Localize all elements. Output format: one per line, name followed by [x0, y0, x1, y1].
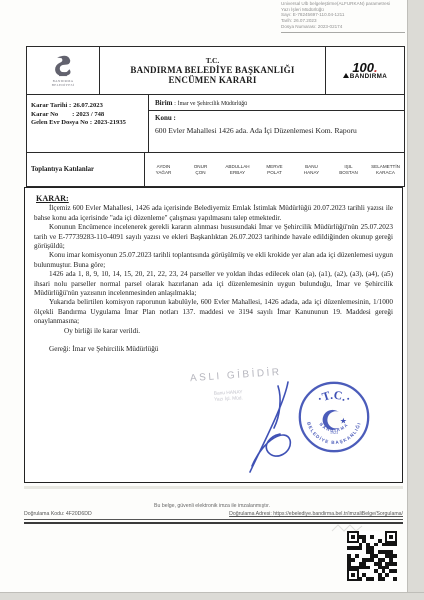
centennial-logo: 100. BANDIRMA: [326, 47, 404, 94]
logo-caption: BANDIRMA BELEDİYESİ: [52, 79, 75, 87]
title-decision-type: ENCÜMEN KARARI: [168, 75, 256, 85]
verification-url: Doğrulama Adresi: https://ebelediye.band…: [229, 511, 403, 517]
header-row-info: Karar Tarihi : 26.07.2023 Karar No : 202…: [27, 95, 404, 153]
decision-paragraph: Konunun Encümence incelenerek gerekli ka…: [34, 223, 393, 251]
verification-code: Doğrulama Kodu: 4F20D6DD: [24, 511, 92, 517]
attendee: MERVEPOLAT: [256, 164, 293, 175]
header-row-attendees: Toplantıya Katılanlar AYDINYAĞAR ONURÇON…: [27, 153, 404, 186]
decision-paragraph: Konu imar komisyonun 25.07.2023 tarihli …: [34, 251, 393, 270]
decision-paragraph: Yukarıda belirtilen komisyon raporunun k…: [34, 298, 393, 326]
attendee: ONURÇON: [182, 164, 219, 175]
qr-finder-icon: [347, 531, 359, 543]
esign-note: Bu belge, güvenli elektronik imza ile im…: [0, 503, 424, 509]
decision-heading: KARAR:: [36, 194, 393, 203]
svg-text:·T.C.·: ·T.C.·: [314, 388, 353, 406]
scan-edge-right: [407, 0, 424, 600]
decision-paragraph: 1426 ada 1, 8, 9, 10, 14, 15, 20, 21, 22…: [34, 270, 393, 298]
attendees-label: Toplantıya Katılanlar: [27, 153, 145, 186]
verification-row: Doğrulama Kodu: 4F20D6DD Doğrulama Adres…: [24, 511, 403, 520]
unit-row: Birim : İmar ve Şehircilik Müdürlüğü: [149, 95, 404, 111]
meta-line: Dosya Numarası: 2023-02174: [281, 24, 405, 30]
attendee: AYDINYAĞAR: [145, 164, 182, 175]
title-tc: T.C.: [206, 56, 220, 65]
triangle-icon: [343, 73, 349, 78]
meta-line: Universal Ulb belgeleştirme(ALFURKAN) pa…: [281, 1, 405, 7]
attendee: IŞILBOSTAN: [330, 164, 367, 175]
decision-geregi: Gereği: İmar ve Şehircilik Müdürlüğü: [34, 345, 393, 354]
qr-finder-icon: [347, 569, 359, 581]
official-seal-icon: ·T.C.· ★ 1923 BELEDİYE BAŞKANLIĞI BANDIR…: [296, 379, 372, 455]
document-title: T.C. BANDIRMA BELEDİYE BAŞKANLIĞI ENCÜME…: [100, 47, 326, 94]
decision-date: Karar Tarihi : 26.07.2023: [31, 102, 144, 111]
municipality-logo: BANDIRMA BELEDİYESİ: [27, 47, 100, 94]
seal-tc-text: ·T.C.·: [314, 388, 353, 406]
decision-verdict: Oy birliği ile karar verildi.: [34, 327, 393, 336]
centennial-100-icon: 100.: [352, 62, 377, 73]
title-municipality: BANDIRMA BELEDİYE BAŞKANLIĞI: [130, 65, 294, 75]
attendee: BANUHANAY: [293, 164, 330, 175]
subject-value: 600 Evler Mahallesi 1426 ada. Ada İçi Dü…: [155, 126, 398, 135]
esign-meta-block: Universal Ulb belgeleştirme(ALFURKAN) pa…: [281, 1, 405, 33]
attendees-list: AYDINYAĞAR ONURÇON ABDULLAHERBAY MERVEPO…: [145, 153, 404, 186]
unit-subject-cell: Birim : İmar ve Şehircilik Müdürlüğü Kon…: [149, 95, 404, 152]
scan-artifact-band: [24, 486, 403, 489]
qr-code: [347, 531, 397, 581]
decision-paragraph: İlçemiz 600 Evler Mahallesi, 1426 ada iç…: [34, 204, 393, 223]
attendee: SELAMETTİNKARACA: [367, 164, 404, 175]
scan-edge-bottom: [0, 592, 424, 600]
scanned-document-page: Universal Ulb belgeleştirme(ALFURKAN) pa…: [0, 0, 424, 600]
header-row-title: BANDIRMA BELEDİYESİ T.C. BANDIRMA BELEDİ…: [27, 47, 404, 95]
attendee: ABDULLAHERBAY: [219, 164, 256, 175]
incoming-file-number: Gelen Evr Dosya No : 2023-21935: [31, 119, 144, 128]
bird-logo-icon: [50, 54, 76, 78]
decision-info-cell: Karar Tarihi : 26.07.2023 Karar No : 202…: [27, 95, 149, 152]
subject-row: Konu : 600 Evler Mahallesi 1426 ada. Ada…: [149, 111, 404, 152]
decision-number: Karar No : 2023 / 748: [31, 111, 144, 120]
header-table: BANDIRMA BELEDİYESİ T.C. BANDIRMA BELEDİ…: [26, 46, 405, 187]
qr-finder-icon: [385, 531, 397, 543]
